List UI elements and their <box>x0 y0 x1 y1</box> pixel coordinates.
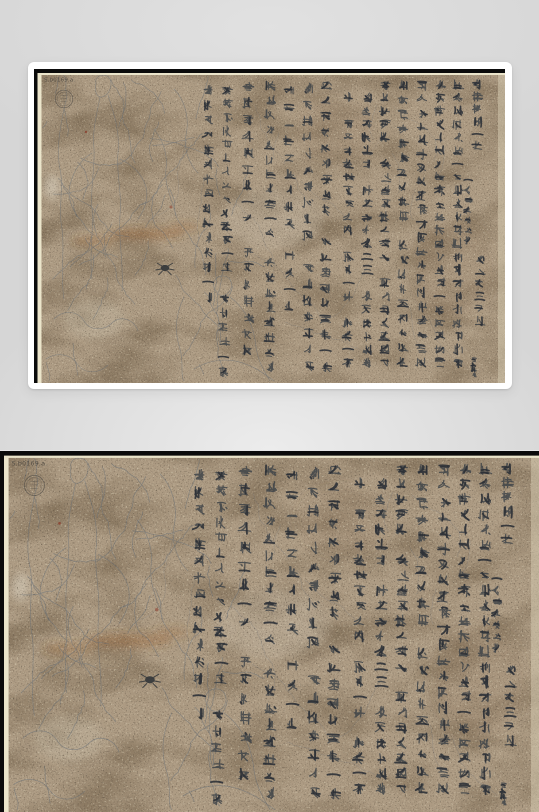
manuscript-image: 注多心經一卷一初經□日第七經首第三十卷不字□□根樣出白緣經一卷□□□□□□王梵字… <box>0 451 539 812</box>
red-mark <box>58 522 61 525</box>
framed-preview-section: 注多心經一卷一初經□日第七經首第三十卷不字□□根樣出白緣經一卷□□□□□□王梵字… <box>0 0 539 451</box>
manuscript-full-view: 注多心經一卷一初經□日第七經首第三十卷不字□□根樣出白緣經一卷□□□□□□王梵字… <box>0 451 539 812</box>
manuscript-image: 注多心經一卷一初經□日第七經首第三十卷不字□□根樣出白緣經一卷□□□□□□王梵字… <box>34 69 505 383</box>
framed-preview-card: 注多心經一卷一初經□日第七經首第三十卷不字□□根樣出白緣經一卷□□□□□□王梵字… <box>28 62 512 389</box>
manuscript-thumbnail: 注多心經一卷一初經□日第七經首第三十卷不字□□根樣出白緣經一卷□□□□□□王梵字… <box>34 69 505 383</box>
catalog-label: S.b0169.a. <box>44 78 76 84</box>
image-preview-page: 注多心經一卷一初經□日第七經首第三十卷不字□□根樣出白緣經一卷□□□□□□王梵字… <box>0 0 539 812</box>
red-mark <box>155 608 158 611</box>
full-preview-section: 注多心經一卷一初經□日第七經首第三十卷不字□□根樣出白緣經一卷□□□□□□王梵字… <box>0 451 539 812</box>
red-mark <box>170 206 173 209</box>
red-mark <box>85 131 87 133</box>
catalog-label: S.b0169.a. <box>11 460 47 467</box>
